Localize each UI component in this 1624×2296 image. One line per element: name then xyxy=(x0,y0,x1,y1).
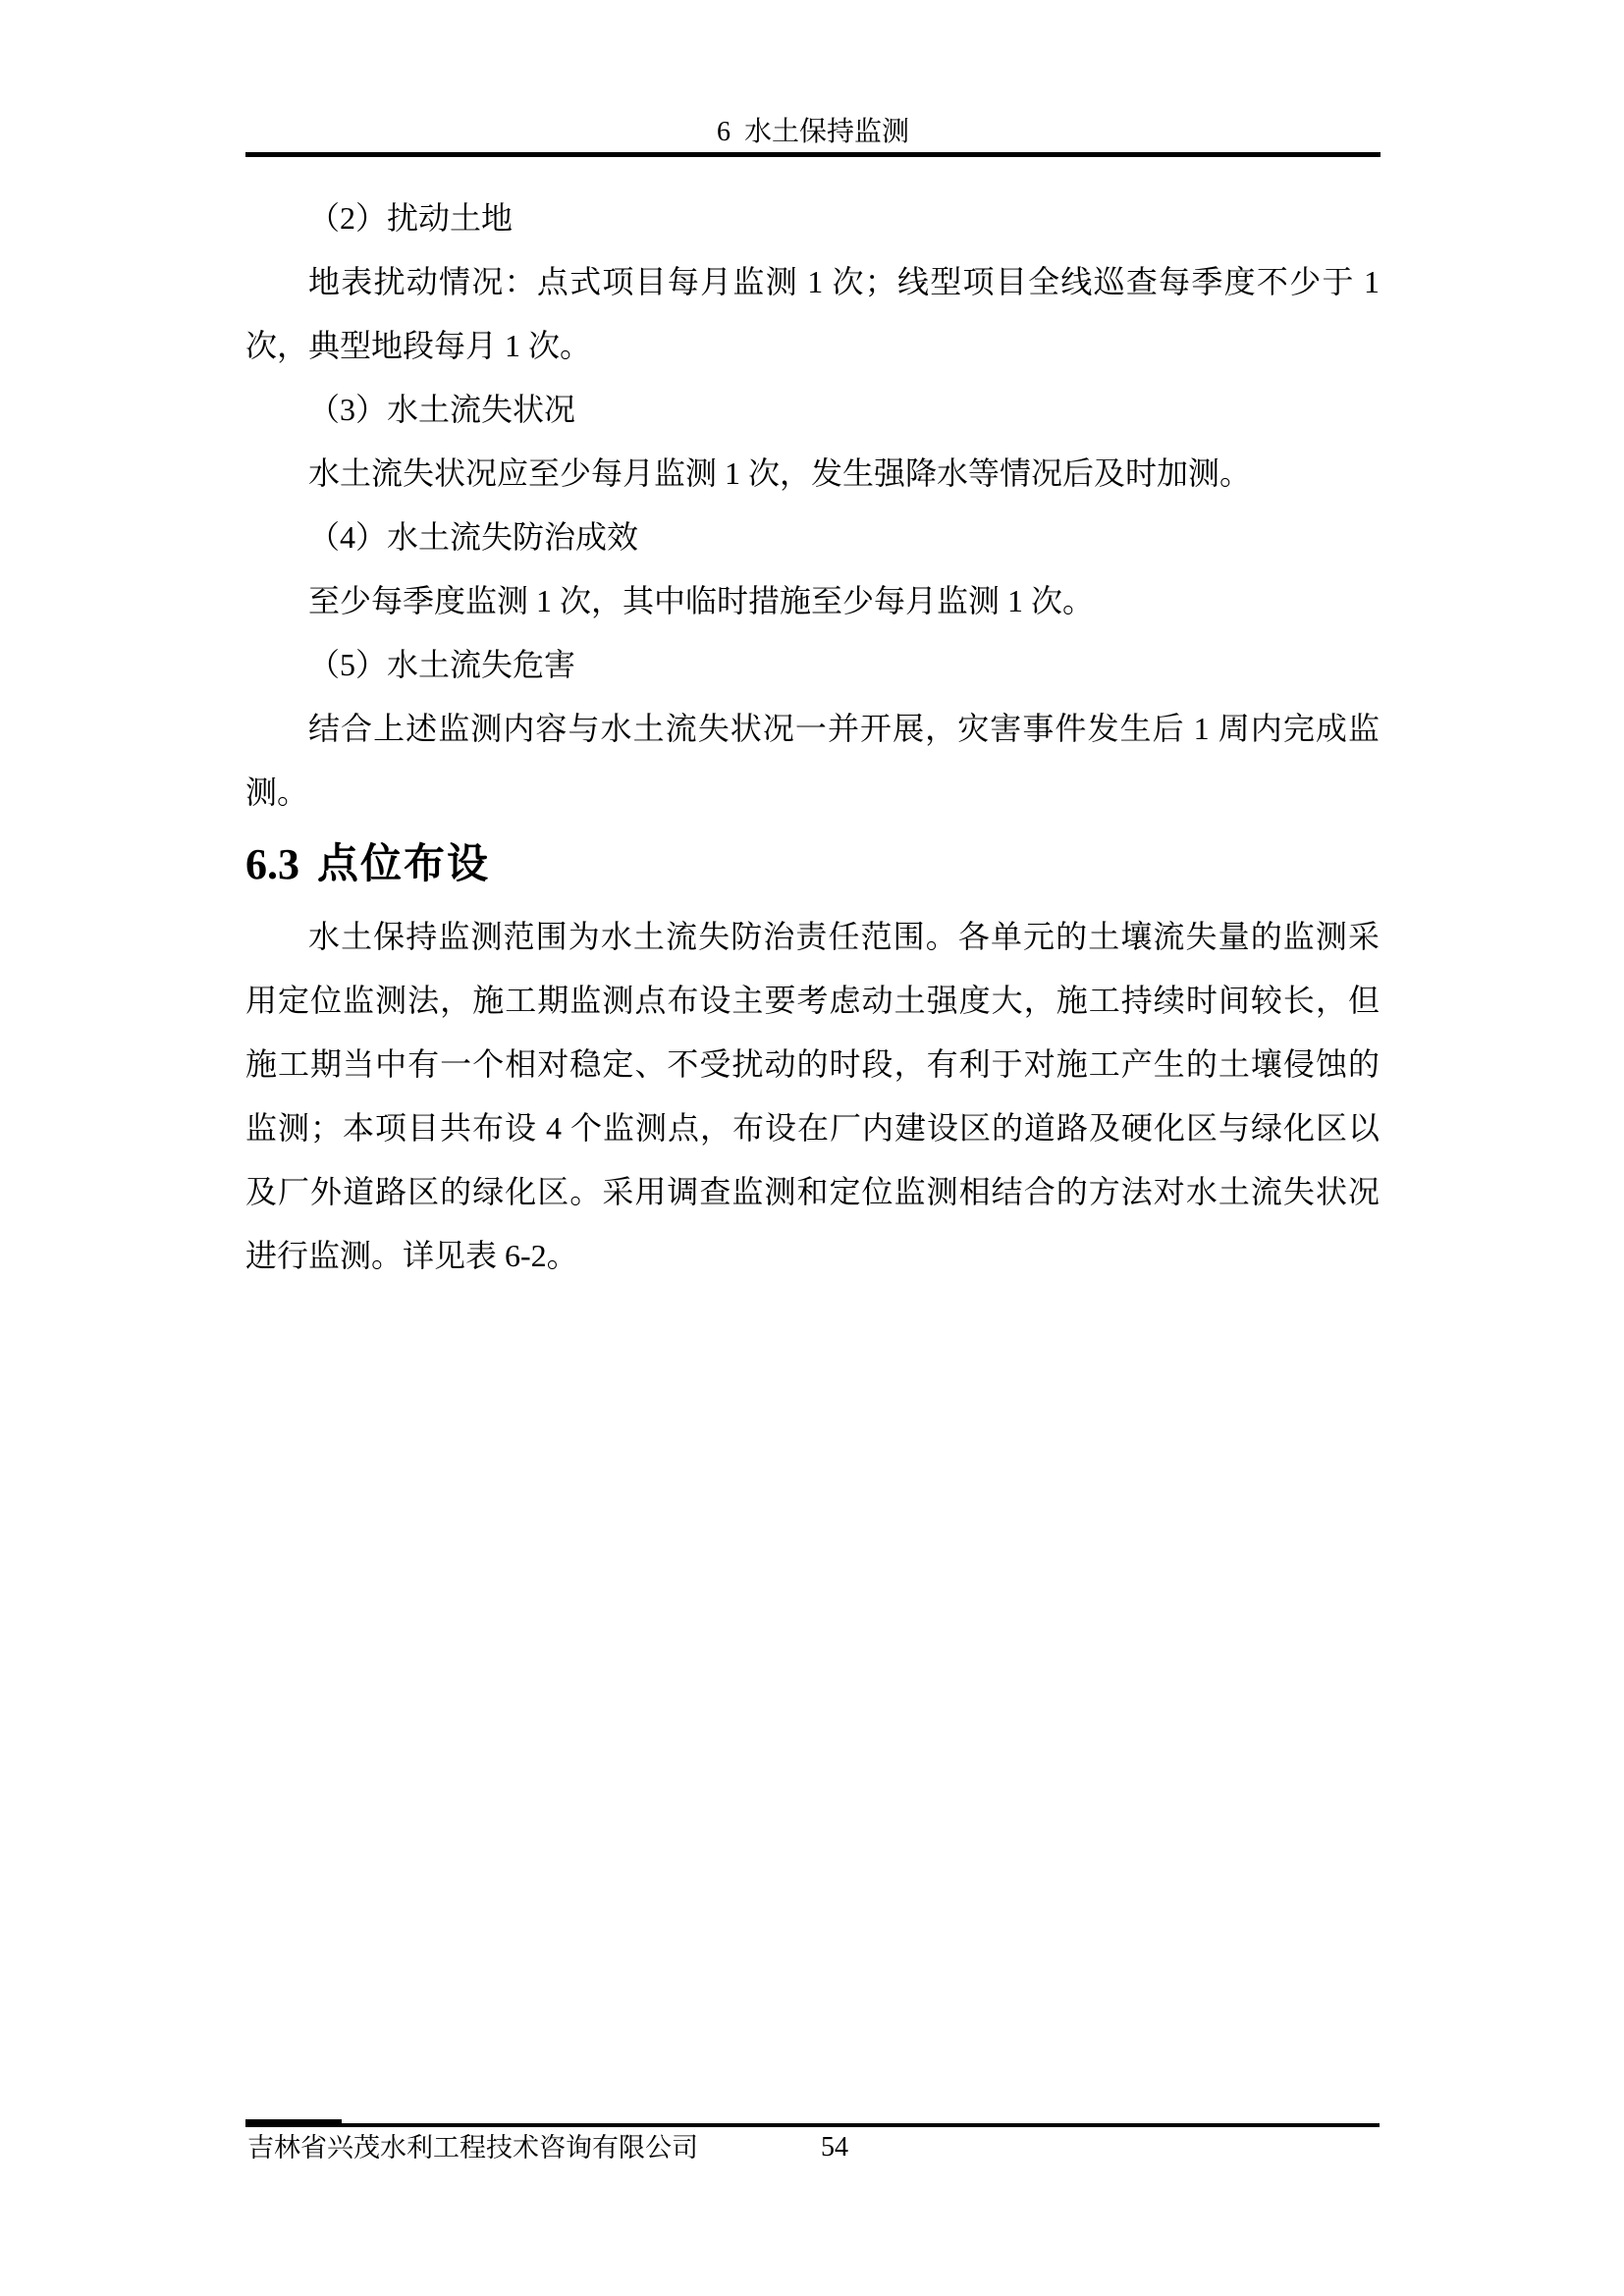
body-text-line: （3）水土流失状况 xyxy=(245,378,1380,442)
header-rule xyxy=(245,152,1380,157)
body-text-line: （2）扰动土地 xyxy=(245,187,1380,250)
footer-page-number: 54 xyxy=(821,2131,848,2164)
body-text-line: 至少每季度监测 1 次，其中临时措施至少每月监测 1 次。 xyxy=(245,569,1380,633)
footer-company-name: 吉林省兴茂水利工程技术咨询有限公司 xyxy=(247,2131,698,2164)
body-text-line: （5）水土流失危害 xyxy=(245,633,1380,697)
body-text-line: 水土保持监测范围为水土流失防治责任范围。各单元的土壤流失量的监测采 xyxy=(245,905,1380,969)
body-text-line: 用定位监测法，施工期监测点布设主要考虑动土强度大，施工持续时间较长，但 xyxy=(245,969,1380,1033)
body-text-line: 水土流失状况应至少每月监测 1 次，发生强降水等情况后及时加测。 xyxy=(245,442,1380,506)
document-page: 6 水土保持监测 （2）扰动土地 地表扰动情况：点式项目每月监测 1 次；线型项… xyxy=(0,0,1624,2296)
body-text-line: 次，典型地段每月 1 次。 xyxy=(245,314,1380,378)
section-heading: 6.3 点位布设 xyxy=(245,825,1380,905)
page-header-title: 6 水土保持监测 xyxy=(245,116,1380,149)
section-heading-title: 点位布设 xyxy=(317,825,490,905)
body-text-line: 监测；本项目共布设 4 个监测点，布设在厂内建设区的道路及硬化区与绿化区以 xyxy=(245,1096,1380,1160)
body-text-line: 地表扰动情况：点式项目每月监测 1 次；线型项目全线巡查每季度不少于 1 xyxy=(245,250,1380,314)
footer-rule xyxy=(245,2123,1380,2127)
body-text-line: 及厂外道路区的绿化区。采用调查监测和定位监测相结合的方法对水土流失状况 xyxy=(245,1160,1380,1224)
document-body: （2）扰动土地 地表扰动情况：点式项目每月监测 1 次；线型项目全线巡查每季度不… xyxy=(245,187,1380,1288)
body-text-line: 结合上述监测内容与水土流失状况一并开展，灾害事件发生后 1 周内完成监 xyxy=(245,697,1380,761)
body-text-line: 测。 xyxy=(245,761,1380,825)
body-text-line: 进行监测。详见表 6-2。 xyxy=(245,1224,1380,1288)
section-heading-number: 6.3 xyxy=(245,825,299,905)
body-text-line: （4）水土流失防治成效 xyxy=(245,506,1380,569)
body-text-line: 施工期当中有一个相对稳定、不受扰动的时段，有利于对施工产生的土壤侵蚀的 xyxy=(245,1033,1380,1096)
